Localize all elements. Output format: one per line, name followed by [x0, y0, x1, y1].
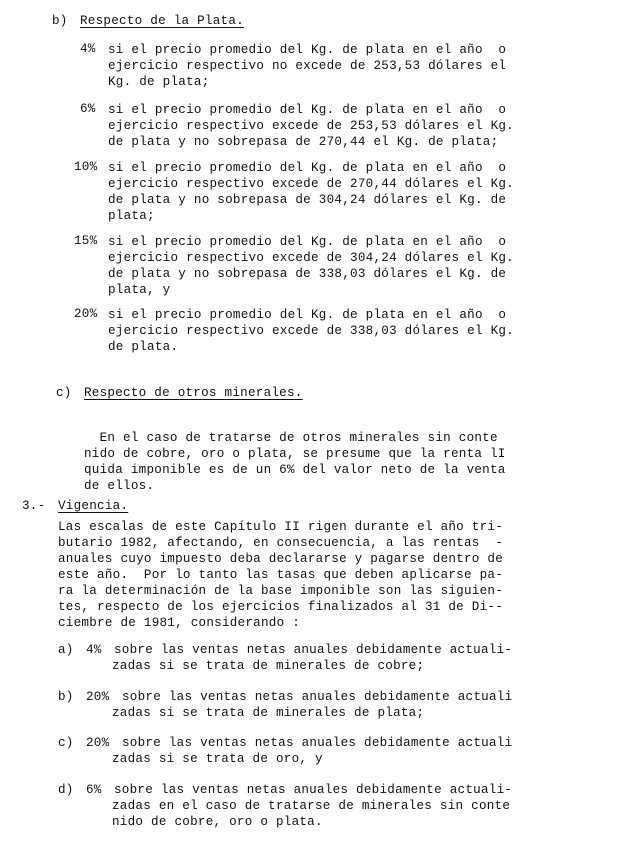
rate-percent: 15%	[74, 234, 97, 248]
text-line: zadas si se trata de minerales de plata;	[112, 706, 424, 720]
text-line: de plata y no sobrepasa de 338,03 dólare…	[108, 266, 514, 282]
text-line: este año. Por lo tanto las tasas que deb…	[58, 567, 503, 583]
text-line: ejercicio respectivo excede de 270,44 dó…	[108, 176, 514, 192]
text-line: sobre las ventas netas anuales debidamen…	[122, 736, 512, 750]
section-3-title: Vigencia.	[58, 499, 128, 513]
rate-percent: 6%	[80, 102, 96, 116]
text-line: Las escalas de este Capítulo II rigen du…	[58, 519, 503, 535]
text-line: sobre las ventas netas anuales debidamen…	[114, 783, 512, 797]
rate-percent: 4%	[86, 643, 102, 657]
text-line: sobre las ventas netas anuales debidamen…	[114, 643, 512, 657]
text-line: de plata y no sobrepasa de 304,24 dólare…	[108, 192, 514, 208]
text-line: anuales cuyo impuesto deba declararse y …	[58, 551, 503, 567]
section-c-paragraph: En el caso de tratarse de otros minerale…	[84, 430, 506, 494]
text-line: ejercicio respectivo excede de 253,53 dó…	[108, 118, 514, 134]
section-3-label: 3.-	[22, 499, 45, 513]
section-3-paragraph: Las escalas de este Capítulo II rigen du…	[58, 519, 503, 631]
text-line: si el precio promedio del Kg. de plata e…	[108, 307, 514, 323]
section-c-label: c)	[56, 386, 72, 400]
text-line: sobre las ventas netas anuales debidamen…	[122, 690, 512, 704]
text-line: si el precio promedio del Kg. de plata e…	[108, 160, 514, 176]
text-line: ejercicio respectivo no excede de 253,53…	[108, 58, 506, 74]
text-line: si el precio promedio del Kg. de plata e…	[108, 234, 514, 250]
item-label: b)	[58, 690, 74, 704]
text-line: plata;	[108, 208, 514, 224]
rate-percent: 20%	[86, 736, 109, 750]
section-b-label: b)	[52, 14, 68, 28]
text-line: nido de cobre, oro o plata, se presume q…	[84, 446, 506, 462]
section-c-title: Respecto de otros minerales.	[84, 386, 303, 400]
text-line: tes, respecto de los ejercicios finaliza…	[58, 599, 503, 615]
text-line: zadas si se trata de minerales de cobre;	[112, 659, 424, 673]
rate-percent: 20%	[74, 307, 97, 321]
text-line: nido de cobre, oro o plata.	[112, 815, 323, 829]
text-line: ejercicio respectivo excede de 338,03 dó…	[108, 323, 514, 339]
text-line: butario 1982, afectando, en consecuencia…	[58, 535, 503, 551]
rate-percent: 4%	[80, 42, 96, 56]
text-line: zadas si se trata de oro, y	[112, 752, 323, 766]
text-line: de plata.	[108, 339, 514, 355]
text-line: si el precio promedio del Kg. de plata e…	[108, 42, 506, 58]
text-line: plata, y	[108, 282, 514, 298]
rate-percent: 20%	[86, 690, 109, 704]
text-line: quida imponible es de un 6% del valor ne…	[84, 462, 506, 478]
text-line: de plata y no sobrepasa de 270,44 el Kg.…	[108, 134, 514, 150]
text-line: ra la determinación de la base imponible…	[58, 583, 503, 599]
item-label: c)	[58, 736, 74, 750]
item-label: a)	[58, 643, 74, 657]
text-line: de ellos.	[84, 478, 506, 494]
text-line: si el precio promedio del Kg. de plata e…	[108, 102, 514, 118]
rate-percent: 6%	[86, 783, 102, 797]
text-line: zadas en el caso de tratarse de minerale…	[112, 799, 510, 813]
text-line: Kg. de plata;	[108, 74, 506, 90]
section-b-title: Respecto de la Plata.	[80, 14, 244, 28]
text-line: En el caso de tratarse de otros minerale…	[84, 430, 506, 446]
text-line: ciembre de 1981, considerando :	[58, 615, 503, 631]
text-line: ejercicio respectivo excede de 304,24 dó…	[108, 250, 514, 266]
item-label: d)	[58, 783, 74, 797]
rate-percent: 10%	[74, 160, 97, 174]
